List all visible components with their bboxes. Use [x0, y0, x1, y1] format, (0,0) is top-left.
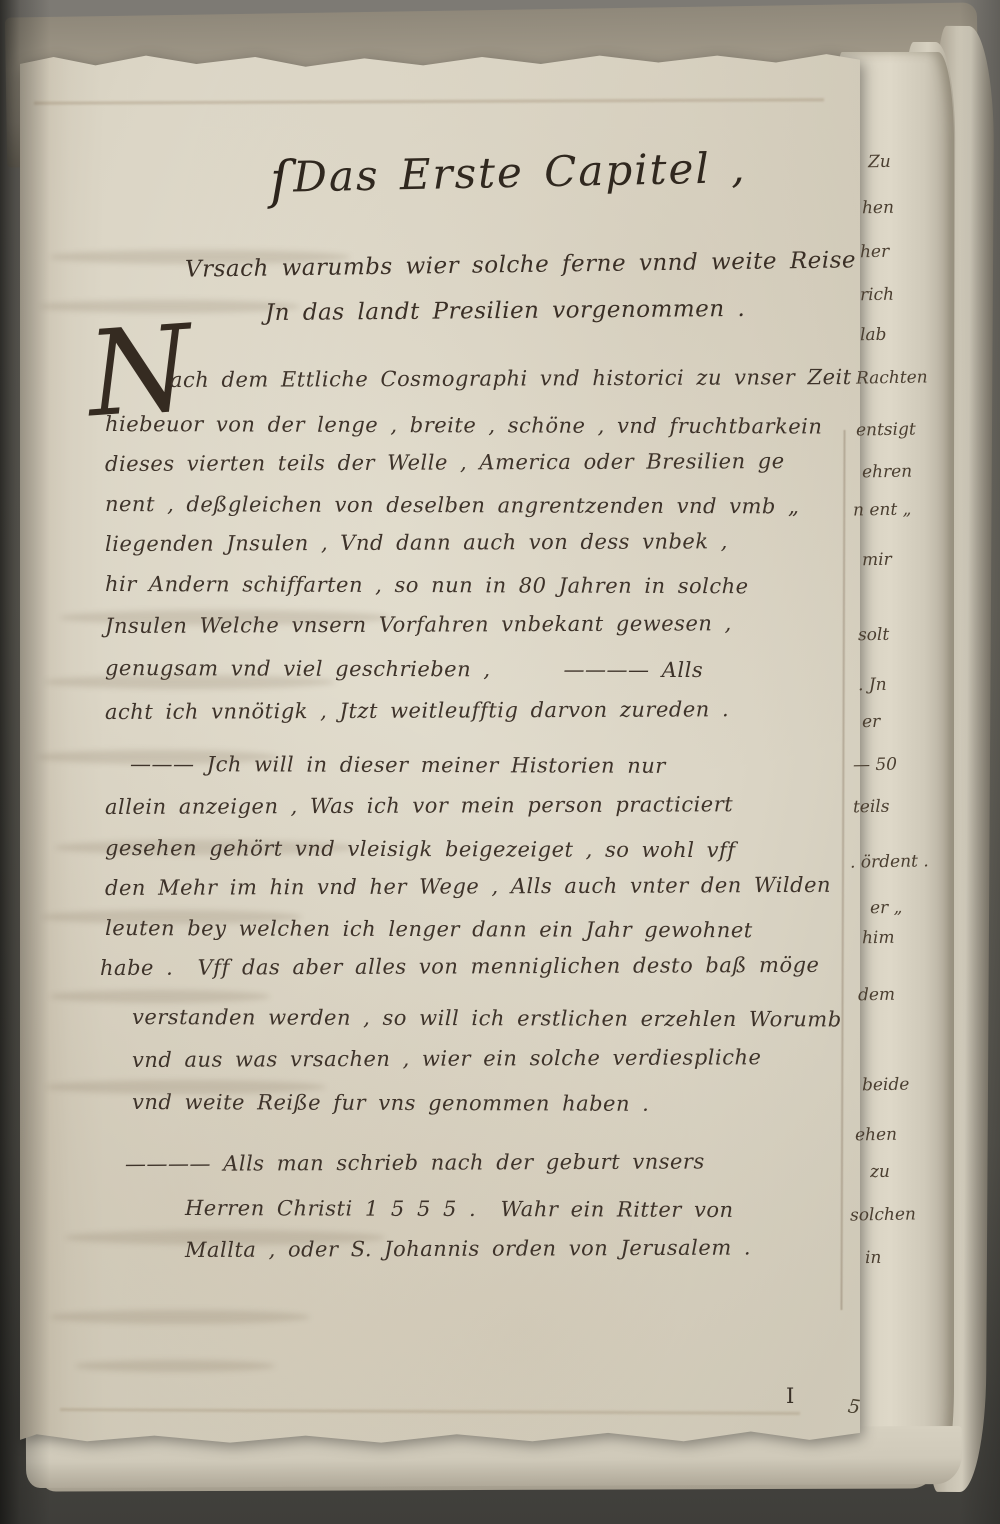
text-line: leuten bey welchen ich lenger dann ein J…: [105, 916, 753, 942]
margin-fragment: zu: [870, 1162, 890, 1182]
text-line: vnd weite Reiße fur vns genommen haben .: [132, 1090, 649, 1116]
folio-mark: I: [786, 1384, 795, 1408]
margin-fragment: her: [860, 242, 889, 263]
body-text-block: ach dem Ettliche Cosmographi vnd histori…: [20, 50, 860, 1444]
text-line: genugsam vnd viel geschrieben , ———— All…: [105, 656, 703, 682]
margin-fragment: rich: [860, 285, 894, 306]
margin-fragment: teils: [853, 797, 890, 818]
text-line: ——— Jch will in dieser meiner Historien …: [130, 752, 666, 778]
text-line: acht ich vnnötigk , Jtzt weitleufftig da…: [105, 697, 729, 724]
text-line: Herren Christi 1 5 5 5 . Wahr ein Ritter…: [185, 1196, 734, 1222]
margin-fragment: er: [862, 712, 881, 732]
margin-fragment: hen: [862, 198, 894, 219]
text-line: ———— Alls man schrieb nach der geburt vn…: [125, 1149, 705, 1176]
margin-fragment: Zu: [868, 152, 891, 172]
text-line: liegenden Jnsulen , Vnd dann auch von de…: [105, 529, 728, 556]
text-line: gesehen gehört vnd vleisigk beigezeiget …: [105, 836, 736, 862]
text-line: hiebeuor von der lenge , breite , schöne…: [105, 412, 823, 439]
margin-fragment: — 50: [853, 755, 897, 776]
margin-fragment: beide: [862, 1075, 910, 1096]
text-line: dieses vierten teils der Welle , America…: [105, 449, 785, 476]
text-line: vnd aus was vrsachen , wier ein solche v…: [132, 1045, 762, 1072]
margin-fragment: lab: [860, 325, 887, 345]
margin-fragment: . ördent .: [850, 851, 929, 872]
manuscript-photo: ſDas Erste Capitel , Vrsach warumbs wier…: [0, 0, 1000, 1524]
margin-fragment: er „: [870, 898, 903, 919]
margin-fragment: in: [865, 1248, 882, 1268]
margin-fragment: . Jn: [858, 675, 887, 695]
text-line: habe . Vff das aber alles von menniglich…: [100, 953, 820, 980]
margin-fragment: solt: [858, 625, 890, 646]
margin-fragment: ehren: [862, 462, 912, 483]
text-line: hir Andern schiffarten , so nun in 80 Ja…: [105, 572, 749, 598]
text-line: nent , deßgleichen von deselben angrentz…: [105, 492, 800, 518]
margin-fragment: Rachten: [856, 367, 928, 388]
text-line: allein anzeigen , Was ich vor mein perso…: [105, 792, 733, 819]
text-line: den Mehr im hin vnd her Wege , Alls auch…: [105, 873, 831, 900]
margin-fragment: solchen: [850, 1204, 916, 1225]
text-line: Jnsulen Welche vnsern Vorfahren vnbekant…: [105, 611, 732, 638]
manuscript-page: ſDas Erste Capitel , Vrsach warumbs wier…: [20, 50, 860, 1444]
text-line: verstanden werden , so will ich erstlich…: [132, 1005, 842, 1031]
margin-fragment: mir: [862, 550, 892, 571]
margin-fragment: entsigt: [856, 419, 916, 440]
text-line: ach dem Ettliche Cosmographi vnd histori…: [170, 365, 871, 392]
margin-fragment: n ent „: [853, 499, 912, 520]
margin-fragment: dem: [858, 985, 895, 1006]
margin-fragment: ehen: [855, 1125, 897, 1146]
text-line: Mallta , oder S. Johannis orden von Jeru…: [185, 1236, 751, 1262]
margin-fragment: him: [862, 928, 895, 949]
